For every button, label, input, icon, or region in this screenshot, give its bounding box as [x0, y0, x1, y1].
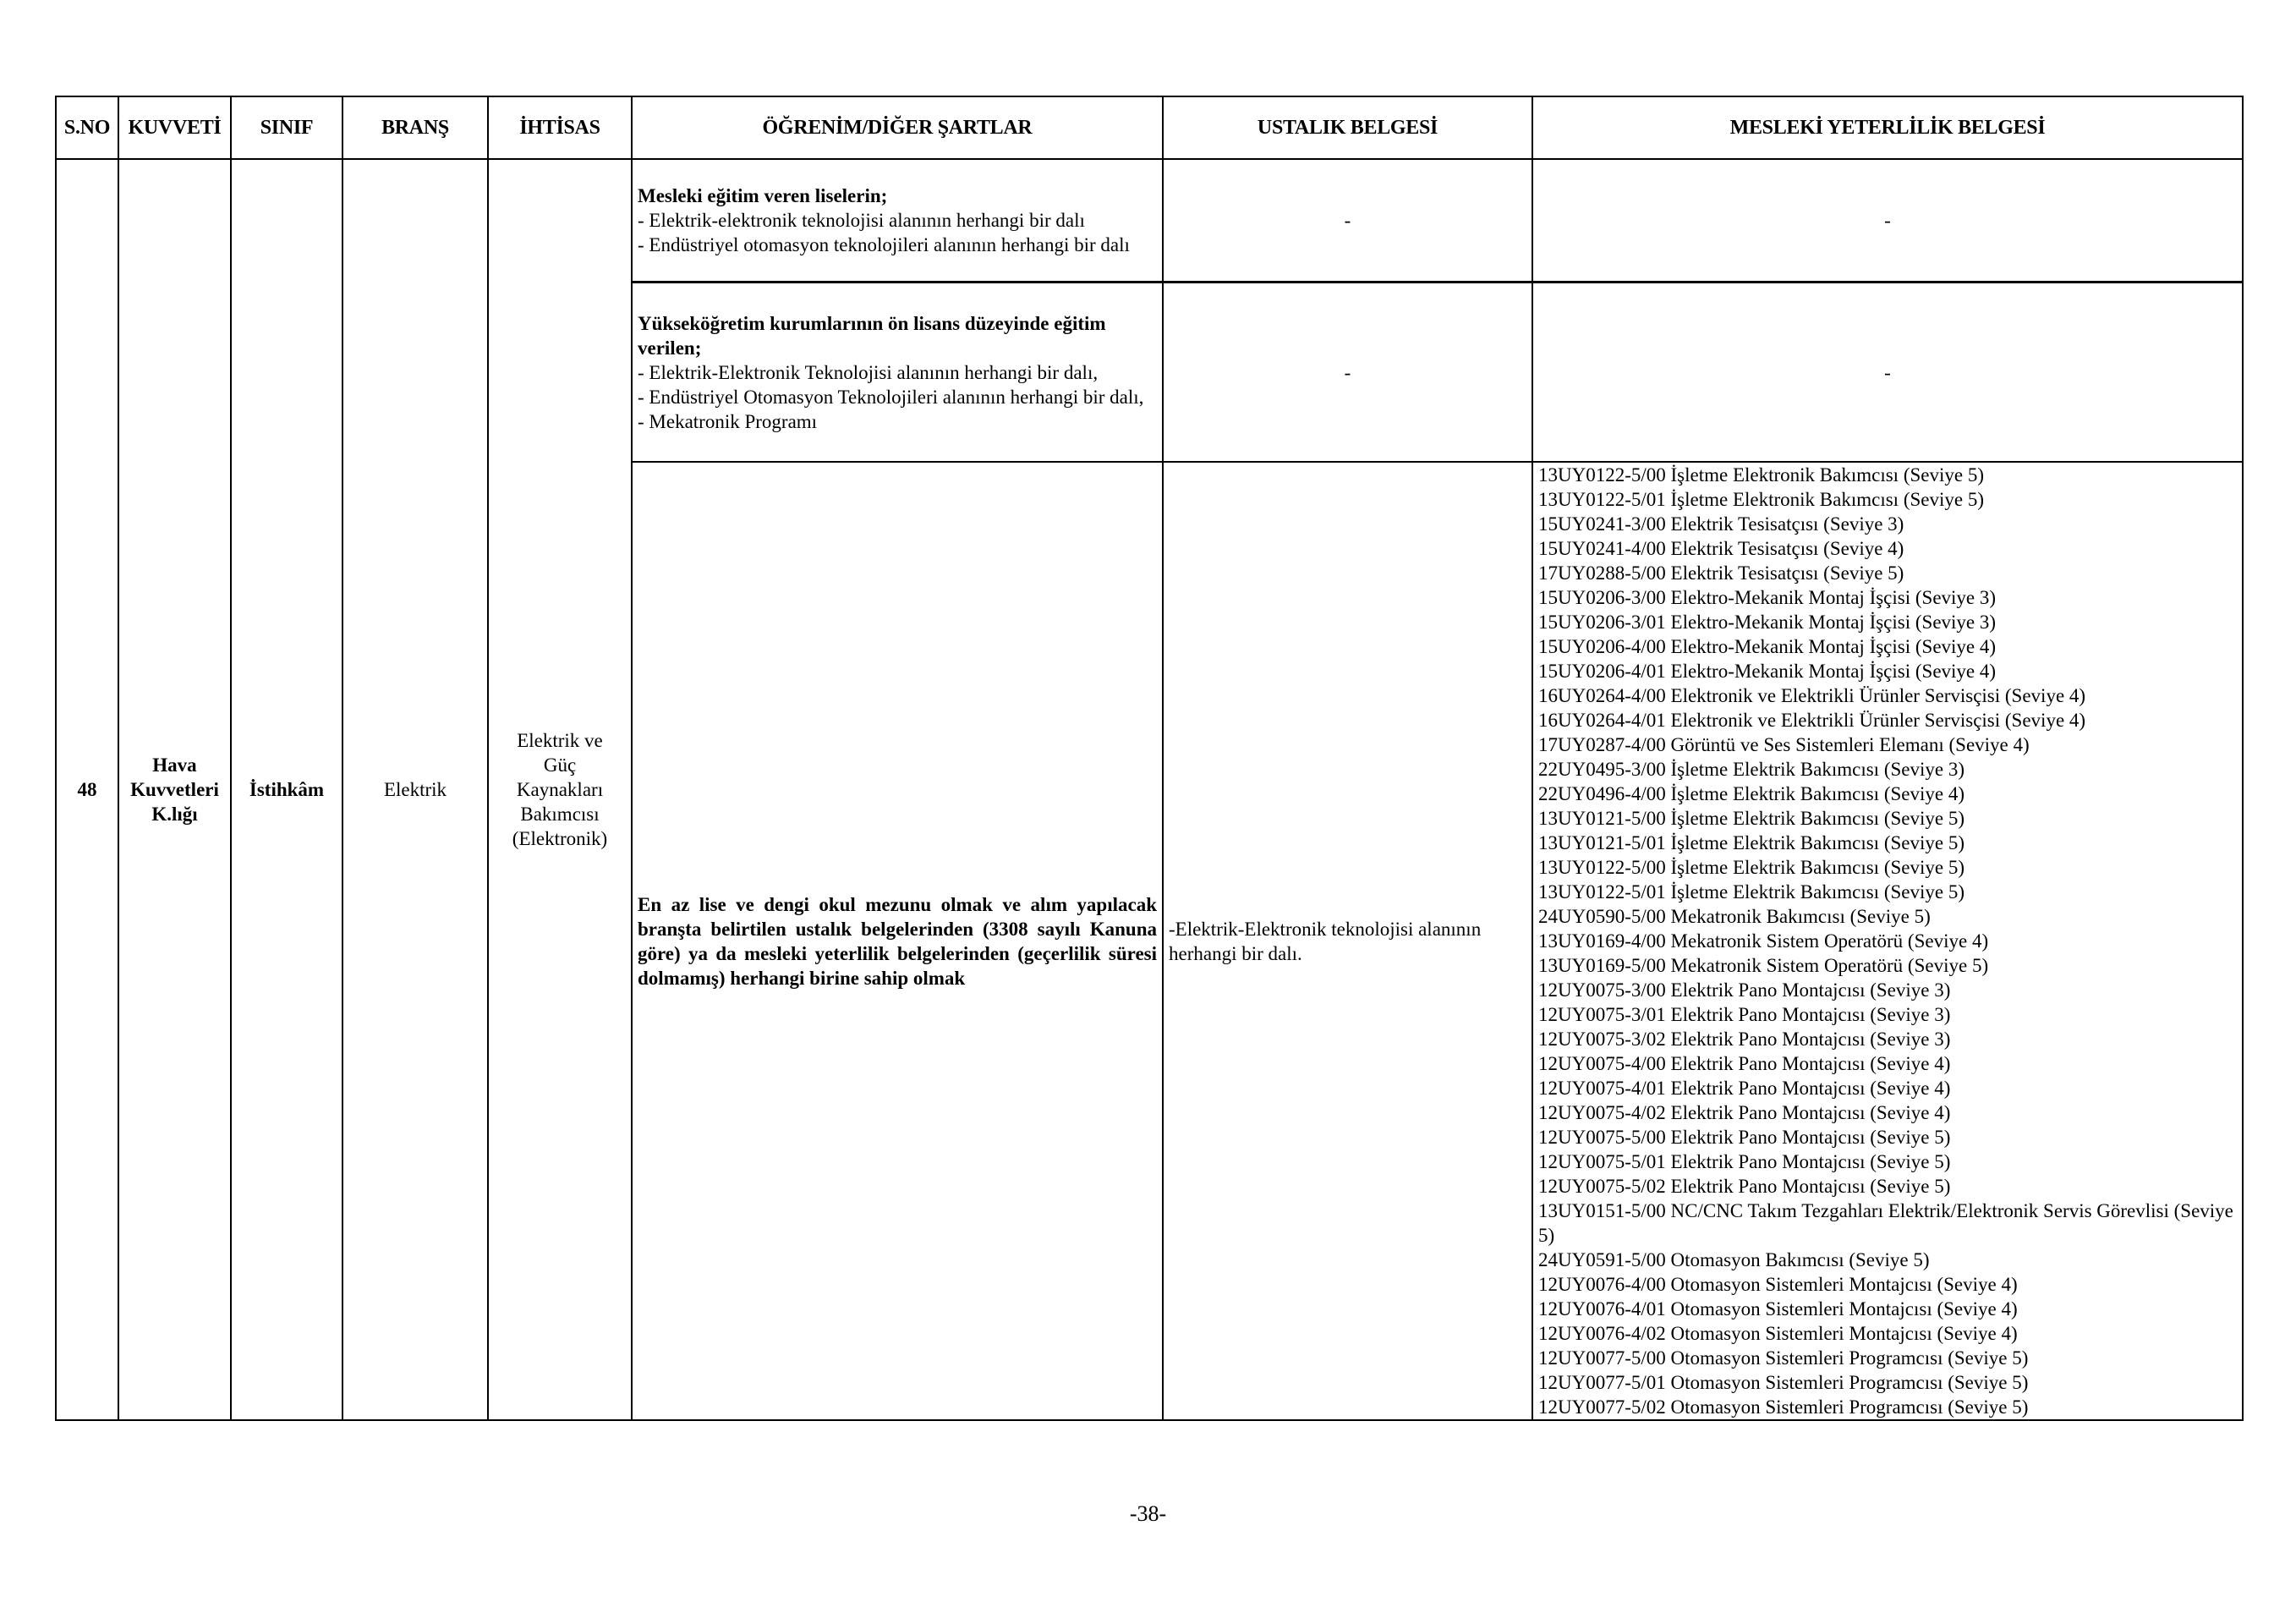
certificate-item: 12UY0075-4/01 Elektrik Pano Montajcısı (… — [1538, 1076, 2237, 1100]
certificate-item: 12UY0076-4/00 Otomasyon Sistemleri Monta… — [1538, 1272, 2237, 1297]
certificate-item: 13UY0122-5/01 İşletme Elektronik Bakımcı… — [1538, 487, 2237, 512]
certificate-item: 15UY0241-4/00 Elektrik Tesisatçısı (Sevi… — [1538, 536, 2237, 561]
certificate-item: 12UY0075-5/01 Elektrik Pano Montajcısı (… — [1538, 1149, 2237, 1174]
certificate-item: 12UY0075-3/02 Elektrik Pano Montajcısı (… — [1538, 1027, 2237, 1051]
certificate-item: 15UY0206-3/01 Elektro-Mekanik Montaj İşç… — [1538, 610, 2237, 634]
certificate-item: 15UY0241-3/00 Elektrik Tesisatçısı (Sevi… — [1538, 512, 2237, 536]
yeterlilik-cell-1: - — [1532, 159, 2243, 283]
brans-cell: Elektrik — [342, 159, 488, 1420]
certificate-item: 15UY0206-4/00 Elektro-Mekanik Montaj İşç… — [1538, 634, 2237, 659]
certificate-item: 16UY0264-4/00 Elektronik ve Elektrikli Ü… — [1538, 683, 2237, 708]
sno-cell: 48 — [56, 159, 118, 1420]
certificate-item: 24UY0590-5/00 Mekatronik Bakımcısı (Sevi… — [1538, 904, 2237, 929]
yeterlilik-list: 13UY0122-5/00 İşletme Elektronik Bakımcı… — [1538, 463, 2237, 1419]
ustalik-cell-3: -Elektrik-Elektronik teknolojisi alanını… — [1163, 462, 1532, 1420]
ogrenim-line: - Endüstriyel otomasyon teknolojileri al… — [638, 233, 1157, 257]
ihtisas-line: Güç — [494, 753, 626, 777]
ogrenim-line: - Endüstriyel Otomasyon Teknolojileri al… — [638, 385, 1157, 409]
ogrenim-line: - Mekatronik Programı — [638, 409, 1157, 434]
certificate-item: 16UY0264-4/01 Elektronik ve Elektrikli Ü… — [1538, 708, 2237, 732]
ogrenim-line: - Elektrik-elektronik teknolojisi alanın… — [638, 208, 1157, 233]
certificate-item: 13UY0121-5/01 İşletme Elektrik Bakımcısı… — [1538, 831, 2237, 855]
header-sinif: SINIF — [231, 96, 342, 159]
header-sno: S.NO — [56, 96, 118, 159]
ihtisas-line: Elektrik ve — [494, 728, 626, 753]
certificate-item: 15UY0206-3/00 Elektro-Mekanik Montaj İşç… — [1538, 585, 2237, 610]
ihtisas-line: Kaynakları — [494, 777, 626, 802]
certificate-item: 12UY0075-3/00 Elektrik Pano Montajcısı (… — [1538, 978, 2237, 1002]
header-yeterlilik: MESLEKİ YETERLİLİK BELGESİ — [1532, 96, 2243, 159]
certificate-item: 13UY0169-4/00 Mekatronik Sistem Operatör… — [1538, 929, 2237, 953]
kuvveti-line: K.lığı — [121, 802, 228, 826]
ogrenim-title: Yükseköğretim kurumlarının ön lisans düz… — [638, 311, 1157, 360]
kuvveti-line: Hava — [121, 753, 228, 777]
yeterlilik-list-cell: 13UY0122-5/00 İşletme Elektronik Bakımcı… — [1532, 462, 2243, 1420]
page-number: -38- — [0, 1501, 2296, 1527]
header-row: S.NO KUVVETİ SINIF BRANŞ İHTİSAS ÖĞRENİM… — [56, 96, 2243, 159]
certificate-item: 12UY0076-4/01 Otomasyon Sistemleri Monta… — [1538, 1297, 2237, 1321]
kuvveti-line: Kuvvetleri — [121, 777, 228, 802]
header-ustalik: USTALIK BELGESİ — [1163, 96, 1532, 159]
certificate-item: 12UY0075-4/02 Elektrik Pano Montajcısı (… — [1538, 1100, 2237, 1125]
ihtisas-line: (Elektronik) — [494, 826, 626, 851]
ogrenim-cell-1: Mesleki eğitim veren liselerin; - Elektr… — [632, 159, 1163, 283]
header-kuvveti: KUVVETİ — [118, 96, 231, 159]
ustalik-cell-1: - — [1163, 159, 1532, 283]
certificate-item: 12UY0075-5/00 Elektrik Pano Montajcısı (… — [1538, 1125, 2237, 1149]
ihtisas-cell: Elektrik ve Güç Kaynakları Bakımcısı (El… — [488, 159, 632, 1420]
certificate-item: 22UY0495-3/00 İşletme Elektrik Bakımcısı… — [1538, 757, 2237, 782]
certificate-item: 12UY0076-4/02 Otomasyon Sistemleri Monta… — [1538, 1321, 2237, 1346]
certificate-item: 17UY0287-4/00 Görüntü ve Ses Sistemleri … — [1538, 732, 2237, 757]
header-ogrenim: ÖĞRENİM/DİĞER ŞARTLAR — [632, 96, 1163, 159]
certificate-item: 22UY0496-4/00 İşletme Elektrik Bakımcısı… — [1538, 782, 2237, 806]
certificate-item: 13UY0122-5/01 İşletme Elektrik Bakımcısı… — [1538, 880, 2237, 904]
certificate-item: 24UY0591-5/00 Otomasyon Bakımcısı (Seviy… — [1538, 1248, 2237, 1272]
yeterlilik-cell-2: - — [1532, 283, 2243, 463]
header-ihtisas: İHTİSAS — [488, 96, 632, 159]
certificate-item: 12UY0077-5/01 Otomasyon Sistemleri Progr… — [1538, 1370, 2237, 1395]
certificate-item: 13UY0122-5/00 İşletme Elektronik Bakımcı… — [1538, 463, 2237, 487]
ihtisas-line: Bakımcısı — [494, 802, 626, 826]
certificate-item: 12UY0075-5/02 Elektrik Pano Montajcısı (… — [1538, 1174, 2237, 1199]
ogrenim-line: - Elektrik-Elektronik Teknolojisi alanın… — [638, 360, 1157, 385]
ustalik-cell-2: - — [1163, 283, 1532, 463]
certificate-item: 12UY0075-3/01 Elektrik Pano Montajcısı (… — [1538, 1002, 2237, 1027]
ogrenim-cell-3: En az lise ve dengi okul mezunu olmak ve… — [632, 462, 1163, 1420]
ogrenim-title: Mesleki eğitim veren liselerin; — [638, 184, 1157, 208]
kuvveti-cell: Hava Kuvvetleri K.lığı — [118, 159, 231, 1420]
certificate-item: 12UY0077-5/02 Otomasyon Sistemleri Progr… — [1538, 1395, 2237, 1419]
certificate-item: 13UY0169-5/00 Mekatronik Sistem Operatör… — [1538, 953, 2237, 978]
table-row: 48 Hava Kuvvetleri K.lığı İstihkâm Elekt… — [56, 159, 2243, 283]
certificate-item: 12UY0075-4/00 Elektrik Pano Montajcısı (… — [1538, 1051, 2237, 1076]
certificate-item: 13UY0122-5/00 İşletme Elektrik Bakımcısı… — [1538, 855, 2237, 880]
certificate-item: 12UY0077-5/00 Otomasyon Sistemleri Progr… — [1538, 1346, 2237, 1370]
header-brans: BRANŞ — [342, 96, 488, 159]
sinif-cell: İstihkâm — [231, 159, 342, 1420]
certificate-item: 17UY0288-5/00 Elektrik Tesisatçısı (Sevi… — [1538, 561, 2237, 585]
ogrenim-cell-2: Yükseköğretim kurumlarının ön lisans düz… — [632, 283, 1163, 463]
certificate-item: 15UY0206-4/01 Elektro-Mekanik Montaj İşç… — [1538, 659, 2237, 683]
certificate-item: 13UY0151-5/00 NC/CNC Takım Tezgahları El… — [1538, 1199, 2237, 1248]
requirements-table: S.NO KUVVETİ SINIF BRANŞ İHTİSAS ÖĞRENİM… — [55, 96, 2244, 1421]
certificate-item: 13UY0121-5/00 İşletme Elektrik Bakımcısı… — [1538, 806, 2237, 831]
